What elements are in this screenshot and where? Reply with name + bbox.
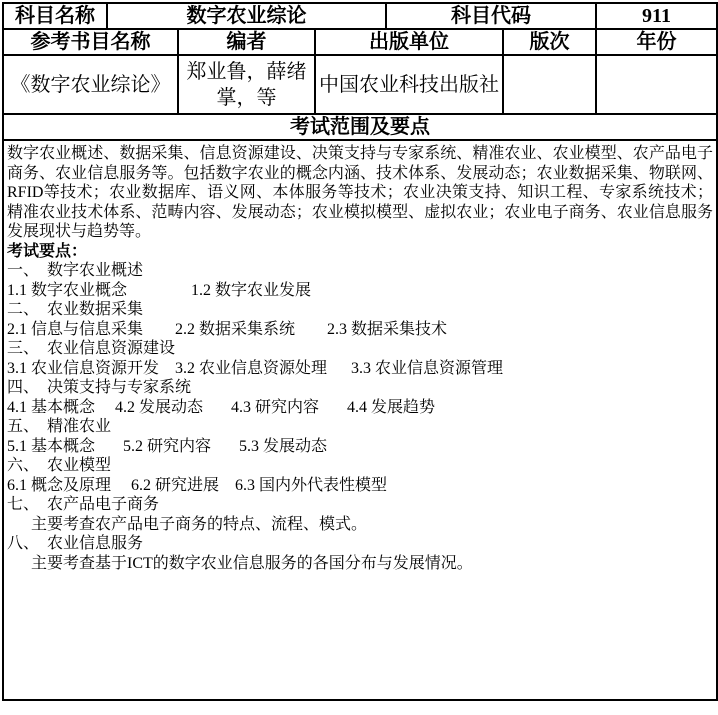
scope-content-row: 数字农业概述、数据采集、信息资源建设、决策支持与专家系统、精准农业、农业模型、农…: [3, 140, 717, 700]
syllabus-table: 科目名称 数字农业综论 科目代码 911 参考书目名称 编者 出版单位 版次 年…: [2, 2, 718, 701]
scope-content-cell: 数字农业概述、数据采集、信息资源建设、决策支持与专家系统、精准农业、农业模型、农…: [3, 140, 717, 700]
book-name-value: 《数字农业综论》: [3, 55, 178, 114]
edition-label: 版次: [503, 29, 596, 55]
subject-name-label: 科目名称: [3, 3, 107, 29]
syllabus-page: 科目名称 数字农业综论 科目代码 911 参考书目名称 编者 出版单位 版次 年…: [0, 0, 718, 715]
book-header-row: 参考书目名称 编者 出版单位 版次 年份: [3, 29, 717, 55]
key-point-line: 四、 决策支持与专家系统: [7, 378, 713, 398]
scope-title-row: 考试范围及要点: [3, 114, 717, 140]
publisher-value: 中国农业科技出版社: [315, 55, 503, 114]
key-point-line: 一、 数字农业概述: [7, 261, 713, 281]
key-point-line: 3.1 农业信息资源开发 3.2 农业信息资源处理 3.3 农业信息资源管理: [7, 359, 713, 379]
key-point-line: 八、 农业信息服务: [7, 534, 713, 554]
editor-label: 编者: [178, 29, 315, 55]
book-row: 《数字农业综论》 郑业鲁，薛绪掌，等 中国农业科技出版社: [3, 55, 717, 114]
key-point-line: 5.1 基本概念 5.2 研究内容 5.3 发展动态: [7, 437, 713, 457]
publisher-label: 出版单位: [315, 29, 503, 55]
scope-paragraph: 数字农业概述、数据采集、信息资源建设、决策支持与专家系统、精准农业、农业模型、农…: [7, 144, 713, 242]
book-name-label: 参考书目名称: [3, 29, 178, 55]
key-point-line: 4.1 基本概念 4.2 发展动态 4.3 研究内容 4.4 发展趋势: [7, 398, 713, 418]
key-point-line: 主要考查基于ICT的数字农业信息服务的各国分布与发展情况。: [7, 554, 713, 574]
key-point-line: 2.1 信息与信息采集 2.2 数据采集系统 2.3 数据采集技术: [7, 320, 713, 340]
subject-row: 科目名称 数字农业综论 科目代码 911: [3, 3, 717, 29]
key-point-line: 五、 精准农业: [7, 417, 713, 437]
subject-name-value: 数字农业综论: [107, 3, 386, 29]
key-points-list: 一、 数字农业概述1.1 数字农业概念 1.2 数字农业发展二、 农业数据采集2…: [7, 261, 713, 573]
scope-section-title: 考试范围及要点: [3, 114, 717, 140]
subject-code-value: 911: [596, 3, 717, 29]
key-point-line: 主要考查农产品电子商务的特点、流程、模式。: [7, 515, 713, 535]
edition-value: [503, 55, 596, 114]
key-point-line: 七、 农产品电子商务: [7, 495, 713, 515]
key-point-line: 二、 农业数据采集: [7, 300, 713, 320]
subject-code-label: 科目代码: [386, 3, 596, 29]
key-point-line: 6.1 概念及原理 6.2 研究进展 6.3 国内外代表性模型: [7, 476, 713, 496]
key-points-label: 考试要点：: [7, 242, 713, 262]
editors-value: 郑业鲁，薛绪掌，等: [178, 55, 315, 114]
year-label: 年份: [596, 29, 717, 55]
key-point-line: 三、 农业信息资源建设: [7, 339, 713, 359]
year-value: [596, 55, 717, 114]
key-point-line: 六、 农业模型: [7, 456, 713, 476]
key-point-line: 1.1 数字农业概念 1.2 数字农业发展: [7, 281, 713, 301]
